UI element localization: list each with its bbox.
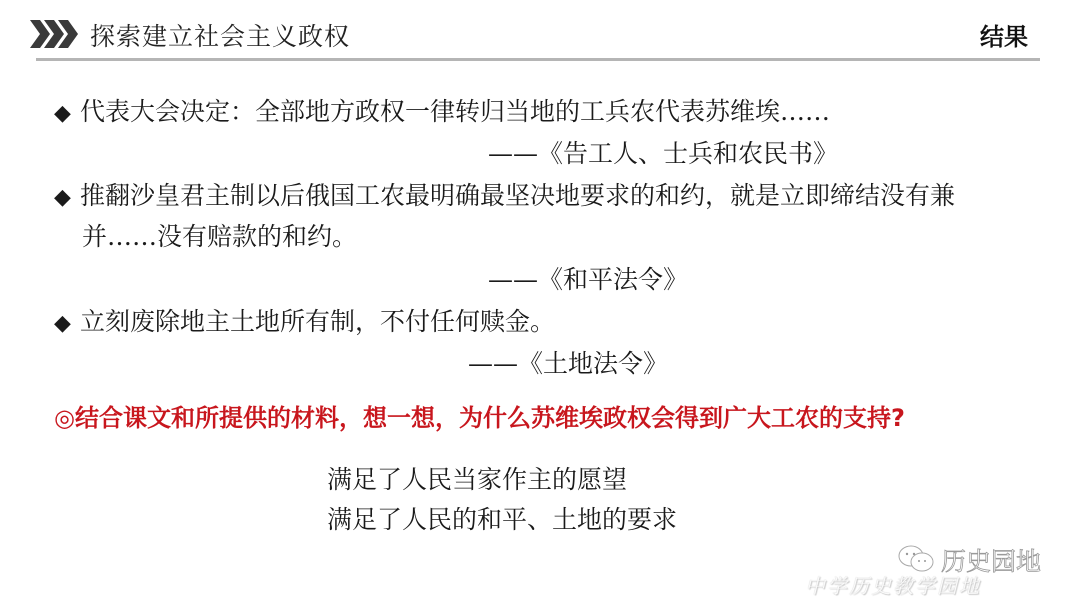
triple-chevron-icon (30, 20, 80, 48)
diamond-bullet-icon: ◆ (54, 311, 80, 336)
material-2-source: ——《和平法令》 (488, 260, 688, 296)
material-3-line-1: ◆立刻废除地主土地所有制，不付任何赎金。 (54, 302, 555, 338)
material-3-text: 立刻废除地主土地所有制，不付任何赎金。 (80, 307, 555, 336)
slide-title: 探索建立社会主义政权 (90, 17, 350, 53)
watermark-subtitle: 中学历史教学园地 (805, 570, 981, 599)
answer-1: 满足了人民当家作主的愿望 (327, 460, 627, 496)
material-2-text-1: 推翻沙皇君主制以后俄国工农最明确最坚决地要求的和约，就是立即缔结没有兼 (80, 181, 955, 210)
discussion-question: ◎结合课文和所提供的材料，想一想，为什么苏维埃政权会得到广大工农的支持? (54, 398, 905, 433)
watermark: 历史园地 中学历史教学园地 (805, 540, 1065, 600)
material-1-line-1: ◆代表大会决定：全部地方政权一律转归当地的工兵农代表苏维埃…… (54, 92, 830, 128)
section-tag: 结果 (980, 17, 1028, 52)
material-3-source: ——《土地法令》 (468, 344, 668, 380)
diamond-bullet-icon: ◆ (54, 101, 80, 126)
answer-2: 满足了人民的和平、土地的要求 (327, 500, 677, 536)
double-circle-icon: ◎ (54, 404, 75, 432)
material-2-line-1: ◆推翻沙皇君主制以后俄国工农最明确最坚决地要求的和约，就是立即缔结没有兼 (54, 176, 955, 212)
question-text: 结合课文和所提供的材料，想一想，为什么苏维埃政权会得到广大工农的支持? (75, 404, 905, 432)
material-1-source: ——《告工人、士兵和农民书》 (488, 134, 838, 170)
material-2-line-2: 并……没有赔款的和约。 (82, 217, 357, 253)
slide-header: 探索建立社会主义政权 结果 (0, 0, 1080, 62)
header-divider (36, 58, 1040, 61)
diamond-bullet-icon: ◆ (54, 185, 80, 210)
material-1-text: 代表大会决定：全部地方政权一律转归当地的工兵农代表苏维埃…… (80, 97, 830, 126)
